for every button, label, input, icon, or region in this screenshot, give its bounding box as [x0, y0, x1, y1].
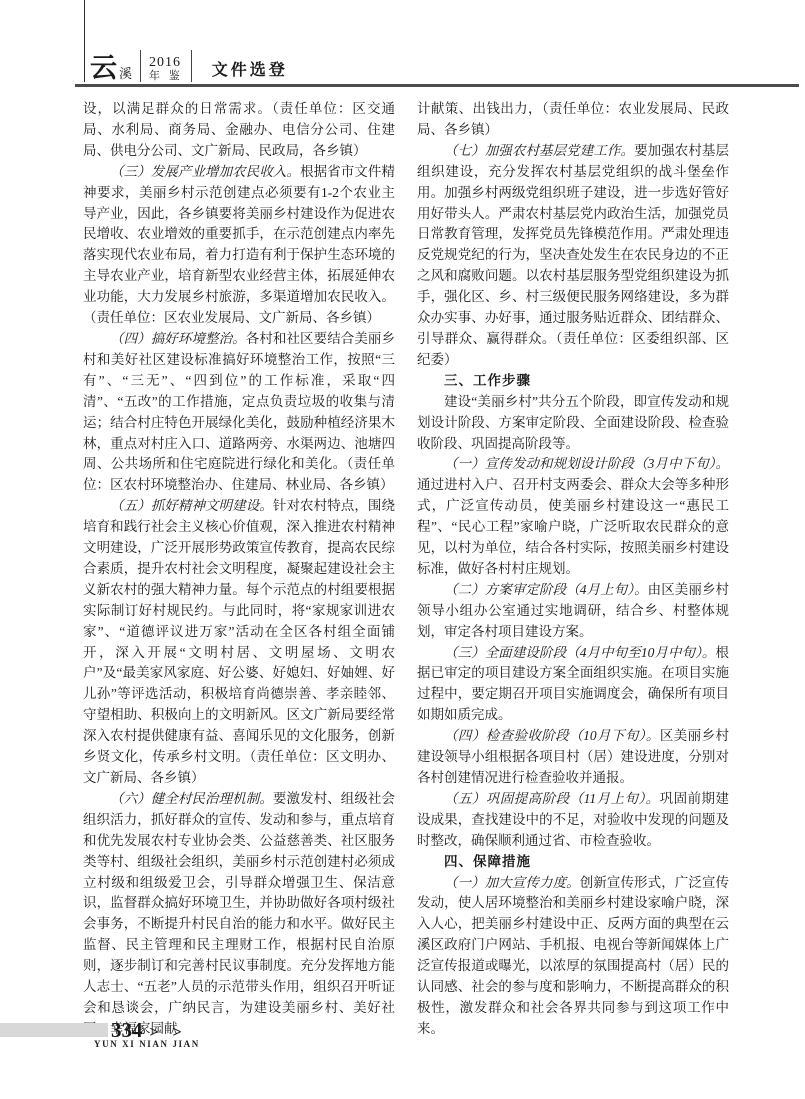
body-text: 针对农村特点，围绕培育和践行社会主义核心价值观，深入推进农村精神文明建设，广泛开… [83, 498, 395, 785]
paragraph: （五）抓好精神文明建设。针对农村特点，围绕培育和践行社会主义核心价值观，深入推进… [83, 496, 395, 789]
body-text: 三、工作步骤 [444, 373, 531, 388]
masthead-horizontal-rule [75, 84, 799, 87]
item-heading-text: （一）加大宣传力度。 [444, 875, 580, 890]
section-title: 文件选登 [212, 57, 288, 82]
body-text: 要激发村、组级社会组织活力，抓好群众的宣传、发动和参与，重点培育和优先发展农村专… [83, 791, 395, 1036]
item-heading-text: （二）方案审定阶段（4月上旬）。 [444, 582, 648, 597]
masthead: 云 溪 2016 年 鉴 文件选登 [85, 46, 288, 82]
body-text: 创新宣传形式，广泛宣传发动，使人居环境整治和美丽乡村建设家喻户晓，深入人心，把美… [417, 875, 729, 1036]
section-heading: 三、工作步骤 [417, 371, 729, 392]
item-heading-text: （五）抓好精神文明建设。 [110, 498, 273, 513]
left-column: 设，以满足群众的日常需求。（责任单位：区交通局、水利局、商务局、金融办、电信分公… [83, 99, 395, 1040]
item-heading-text: （三）发展产业增加农民收入。 [110, 164, 300, 179]
item-heading-text: （一）宣传发动和规划设计阶段（3月中下旬）。 [444, 456, 729, 471]
masthead-divider [140, 50, 141, 82]
item-heading-text: （四）搞好环境整治。 [110, 331, 246, 346]
paragraph: （四）搞好环境整治。各村和社区要结合美丽乡村和美好社区建设标准搞好环境整治工作，… [83, 329, 395, 496]
paragraph: 设，以满足群众的日常需求。（责任单位：区交通局、水利局、商务局、金融办、电信分公… [83, 99, 395, 162]
body-text: 要加强农村基层组织建设，充分发挥农村基层党组织的战斗堡垒作用。加强乡村两级党组织… [417, 143, 729, 367]
paragraph: （五）巩固提高阶段（11月上旬）。巩固前期建设成果，查找建设中的不足，对验收中发… [417, 789, 729, 852]
paragraph: （三）发展产业增加农民收入。根据省市文件精神要求，美丽乡村示范创建点必须要有1-… [83, 162, 395, 329]
paragraph: （六）健全村民治理机制。要激发村、组级社会组织活力，抓好群众的宣传、发动和参与，… [83, 789, 395, 1040]
logo-yun: 云 [85, 55, 117, 82]
paragraph: 建设“美丽乡村”共分五个阶段，即宣传发动和规划设计阶段、方案审定阶段、全面建设阶… [417, 392, 729, 455]
paragraph: （二）方案审定阶段（4月上旬）。由区美丽乡村领导小组办公室通过实地调研，结合乡、… [417, 580, 729, 643]
body-text: 设，以满足群众的日常需求。（责任单位：区交通局、水利局、商务局、金融办、电信分公… [83, 101, 395, 158]
paragraph: （四）检查验收阶段（10月下旬）。区美丽乡村建设领导小组根据各项目村（居）建设进… [417, 726, 729, 789]
footer-gray-block [0, 1023, 108, 1037]
page-number: 334 [111, 1019, 143, 1041]
year-label: 年 鉴 [149, 70, 183, 82]
body-text: 根据省市文件精神要求，美丽乡村示范创建点必须要有1-2个农业主导产业，因此，各乡… [83, 164, 395, 325]
body-text: 各村和社区要结合美丽乡村和美好社区建设标准搞好环境整治工作，按照“三有”、“三无… [83, 331, 395, 492]
item-heading-text: （四）检查验收阶段（10月下旬）。 [444, 728, 660, 743]
paragraph: （三）全面建设阶段（4月中旬至10月中旬）。根据已审定的项目建设方案全面组织实施… [417, 643, 729, 727]
page-footer: 334 > > [111, 1019, 187, 1041]
body-text: 计献策、出钱出力，（责任单位：农业发展局、民政局、各乡镇） [417, 101, 729, 137]
year-number: 2016 [149, 55, 183, 70]
paragraph: （一）宣传发动和规划设计阶段（3月中下旬）。通过进村入户、召开村支两委会、群众大… [417, 454, 729, 579]
body-text: 四、保障措施 [444, 854, 531, 869]
footer-romanized-title: YUN XI NIAN JIAN [94, 1039, 200, 1049]
item-heading-text: （五）巩固提高阶段（11月上旬）。 [444, 791, 660, 806]
paragraph: （一）加大宣传力度。创新宣传形式，广泛宣传发动，使人居环境整治和美丽乡村建设家喻… [417, 873, 729, 1040]
logo-xi: 溪 [119, 67, 132, 82]
paragraph: 计献策、出钱出力，（责任单位：农业发展局、民政局、各乡镇） [417, 99, 729, 141]
item-heading-text: （三）全面建设阶段（4月中旬至10月中旬）。 [444, 645, 716, 660]
paragraph: （七）加强农村基层党建工作。要加强农村基层组织建设，充分发挥农村基层党组织的战斗… [417, 141, 729, 371]
body-text: 建设“美丽乡村”共分五个阶段，即宣传发动和规划设计阶段、方案审定阶段、全面建设阶… [417, 394, 729, 451]
item-heading-text: （六）健全村民治理机制。 [110, 791, 273, 806]
item-heading-text: （七）加强农村基层党建工作。 [444, 143, 634, 158]
masthead-divider [191, 50, 192, 82]
year-block: 2016 年 鉴 [149, 55, 183, 82]
right-column: 计献策、出钱出力，（责任单位：农业发展局、民政局、各乡镇）（七）加强农村基层党建… [417, 99, 729, 1040]
body-text: 通过进村入户、召开村支两委会、群众大会等多种形式，广泛宣传动员，使美丽乡村建设这… [417, 477, 729, 576]
section-heading: 四、保障措施 [417, 852, 729, 873]
